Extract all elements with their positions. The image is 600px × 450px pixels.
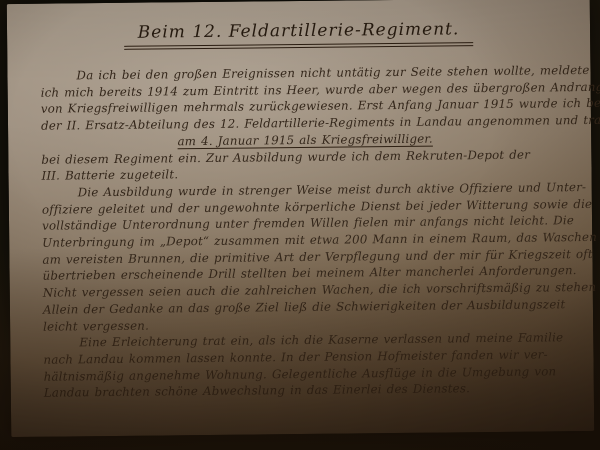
document-body: Da ich bei den großen Ereignissen nicht …	[40, 62, 571, 402]
title-row: Beim 12. Feldartillerie-Regiment.	[7, 0, 590, 51]
photo-frame: Beim 12. Feldartillerie-Regiment. Da ich…	[0, 0, 600, 450]
manuscript-paper: Beim 12. Feldartillerie-Regiment. Da ich…	[7, 0, 595, 437]
document-title: Beim 12. Feldartillerie-Regiment.	[124, 19, 474, 50]
